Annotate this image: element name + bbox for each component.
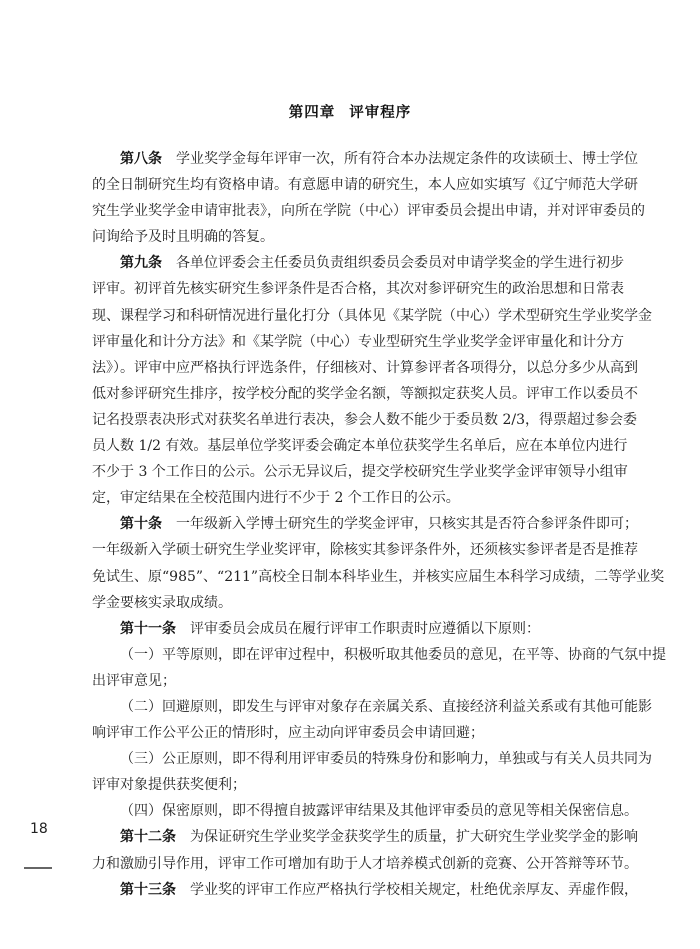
article-label: 第十二条 (120, 829, 176, 845)
paragraph-line: 评审量化和计分方法》和《某学院（中心）专业型研究生学业奖学金评审量化和计分方 (92, 329, 606, 355)
paragraph-line: 学金要核实录取成绩。 (92, 590, 606, 616)
paragraph-line: 不少于 3 个工作日的公示。公示无异议后，提交学校研究生学业奖学金评审领导小组审 (92, 459, 606, 485)
paragraph-line: 第十三条学业奖的评审工作应严格执行学校相关规定，杜绝优亲厚友、弄虚作假， (92, 877, 606, 903)
paragraph-line: 一年级新入学硕士研究生学业奖评审，除核实其参评条件外，还须核实参评者是否是推荐 (92, 537, 606, 563)
article-label: 第十三条 (120, 882, 176, 898)
article-label: 第八条 (120, 151, 162, 167)
paragraph-line: 现、课程学习和科研情况进行量化打分（具体见《某学院（中心）学术型研究生学业奖学金 (92, 303, 606, 329)
paragraph-line: 第八条学业奖学金每年评审一次，所有符合本办法规定条件的攻读硕士、博士学位 (92, 146, 606, 172)
paragraph-line: 评审。初评首先核实研究生参评条件是否合格，其次对参评研究生的政治思想和日常表 (92, 276, 606, 302)
paragraph-line: 员人数 1/2 有效。基层单位学奖评委会确定本单位获奖学生名单后，应在本单位内进… (92, 433, 606, 459)
article-label: 第十条 (120, 516, 162, 532)
paragraph-line: 免试生、原“985”、“211”高校全日制本科毕业生，并核实应届生本科学习成绩，… (92, 564, 606, 590)
paragraph-line: （四）保密原则，即不得擅自披露评审结果及其他评审委员的意见等相关保密信息。 (92, 798, 606, 824)
chapter-number: 第四章 (289, 105, 336, 121)
paragraph-line: 问询给予及时且明确的答复。 (92, 224, 606, 250)
paragraph-line: 第十二条为保证研究生学业奖学金获奖学生的质量，扩大研究生学业奖学金的影响 (92, 824, 606, 850)
paragraph-line: 第十一条评审委员会成员在履行评审工作职责时应遵循以下原则： (92, 616, 606, 642)
paragraph-line: 法》）。评审中应严格执行评选条件，仔细核对、计算参评者各项得分，以总分多少从高到 (92, 355, 606, 381)
document-page: 第四章评审程序 第八条学业奖学金每年评审一次，所有符合本办法规定条件的攻读硕士、… (0, 0, 700, 949)
article-13: 第十三条学业奖的评审工作应严格执行学校相关规定，杜绝优亲厚友、弄虚作假， (92, 877, 606, 903)
article-label: 第九条 (120, 255, 162, 271)
article-label: 第十一条 (120, 621, 176, 637)
principle-fairness: （三）公正原则，即不得利用评审委员的特殊身份和影响力，单独或与有关人员共同为 评… (92, 746, 606, 798)
article-10: 第十条一年级新入学博士研究生的学奖金评审，只核实其是否符合参评条件即可； 一年级… (92, 511, 606, 615)
paragraph-line: 第九条各单位评委会主任委员负责组织委员会委员对申请学奖金的学生进行初步 (92, 250, 606, 276)
chapter-heading: 第四章评审程序 (0, 101, 700, 122)
paragraph-line: （二）回避原则，即发生与评审对象存在亲属关系、直接经济利益关系或有其他可能影 (92, 694, 606, 720)
principle-confidentiality: （四）保密原则，即不得擅自披露评审结果及其他评审委员的意见等相关保密信息。 (92, 798, 606, 824)
paragraph-line: 响评审工作公平公正的情形时，应主动向评审委员会申请回避； (92, 720, 606, 746)
article-11: 第十一条评审委员会成员在履行评审工作职责时应遵循以下原则： (92, 616, 606, 642)
article-8: 第八条学业奖学金每年评审一次，所有符合本办法规定条件的攻读硕士、博士学位 的全日… (92, 146, 606, 250)
chapter-title: 评审程序 (349, 105, 411, 121)
paragraph-line: 定，审定结果在全校范围内进行不少于 2 个工作日的公示。 (92, 485, 606, 511)
page-number-rule (24, 867, 52, 869)
paragraph-line: 评审对象提供获奖便利； (92, 772, 606, 798)
article-9: 第九条各单位评委会主任委员负责组织委员会委员对申请学奖金的学生进行初步 评审。初… (92, 250, 606, 511)
paragraph-line: 出评审意见； (92, 668, 606, 694)
paragraph-line: （一）平等原则，即在评审过程中，积极听取其他委员的意见，在平等、协商的气氛中提 (92, 642, 606, 668)
principle-recusal: （二）回避原则，即发生与评审对象存在亲属关系、直接经济利益关系或有其他可能影 响… (92, 694, 606, 746)
paragraph-line: 力和激励引导作用，评审工作可增加有助于人才培养模式创新的竞赛、公开答辩等环节。 (92, 851, 606, 877)
paragraph-line: 的全日制研究生均有资格申请。有意愿申请的研究生，本人应如实填写《辽宁师范大学研 (92, 172, 606, 198)
document-body: 第八条学业奖学金每年评审一次，所有符合本办法规定条件的攻读硕士、博士学位 的全日… (92, 146, 606, 903)
paragraph-line: （三）公正原则，即不得利用评审委员的特殊身份和影响力，单独或与有关人员共同为 (92, 746, 606, 772)
paragraph-line: 第十条一年级新入学博士研究生的学奖金评审，只核实其是否符合参评条件即可； (92, 511, 606, 537)
paragraph-line: 低对参评研究生排序，按学校分配的奖学金名额，等额拟定获奖人员。评审工作以委员不 (92, 381, 606, 407)
paragraph-line: 记名投票表决形式对获奖名单进行表决，参会人数不能少于委员数 2/3，得票超过参会… (92, 407, 606, 433)
paragraph-line: 究生学业奖学金申请审批表》，向所在学院（中心）评审委员会提出申请，并对评审委员的 (92, 198, 606, 224)
page-number: 18 (30, 821, 50, 837)
article-12: 第十二条为保证研究生学业奖学金获奖学生的质量，扩大研究生学业奖学金的影响 力和激… (92, 824, 606, 876)
principle-equality: （一）平等原则，即在评审过程中，积极听取其他委员的意见，在平等、协商的气氛中提 … (92, 642, 606, 694)
